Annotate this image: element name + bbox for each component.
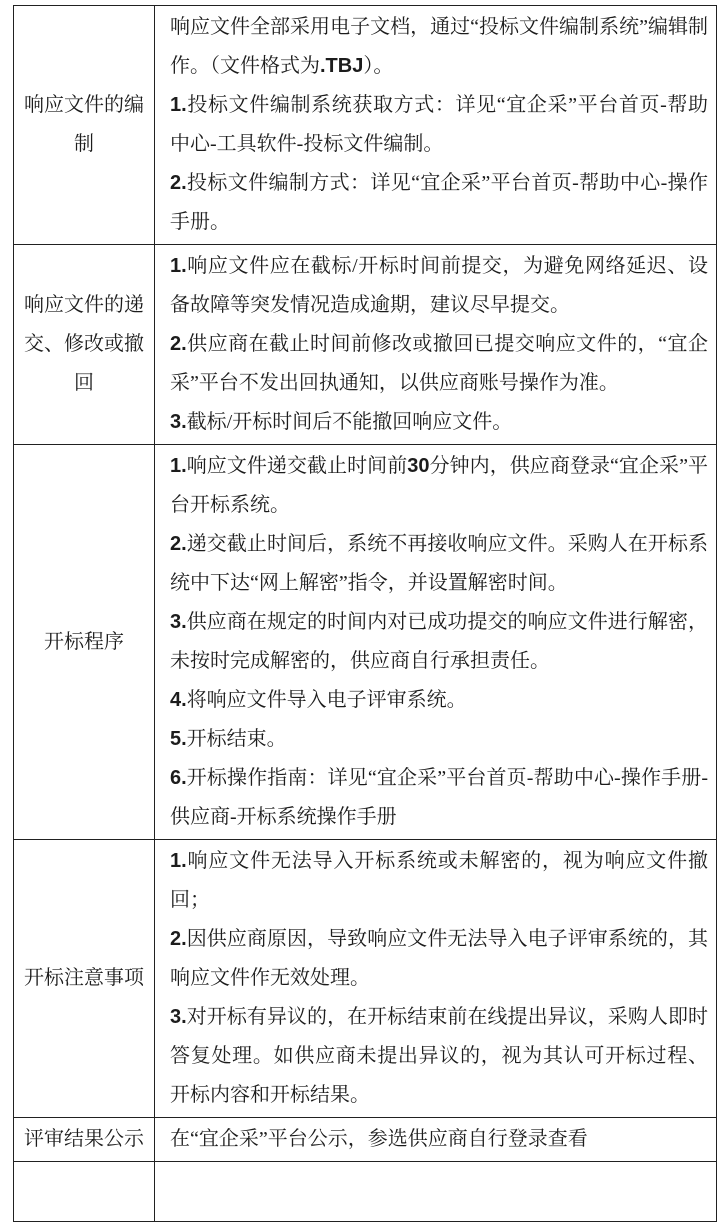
text-segment: 供应商在规定的时间内对已成功提交的响应文件进行解密，未按时完成解密的，供应商自行… <box>170 611 708 672</box>
table-row: 响应文件的编制响应文件全部采用电子文档，通过“投标文件编制系统”编辑制作。（文件… <box>14 6 717 245</box>
text-segment: ）。 <box>363 55 393 77</box>
paragraph: 3.对开标有异议的，在开标结束前在线提出异议，采购人即时答复处理。如供应商未提出… <box>170 998 708 1100</box>
text-segment: .TBJ <box>320 55 363 77</box>
text-segment: 30 <box>407 455 429 477</box>
row-header: 开标注意事项 <box>14 840 155 1101</box>
row-header: 响应文件的编制 <box>14 6 155 245</box>
paragraph: 1.投标文件编制系统获取方式：详见“宜企采”平台首页-帮助中心-工具软件-投标文… <box>170 86 708 164</box>
text-segment: 1. <box>170 455 187 477</box>
text-segment: 因供应商原因，导致响应文件无法导入电子评审系统的，其响应文件作无效处理。 <box>170 928 708 989</box>
text-segment: 将响应文件导入电子评审系统。 <box>187 689 467 711</box>
text-segment: 2. <box>170 533 187 555</box>
text-segment: 3. <box>170 411 187 433</box>
bidding-procedure-table: 响应文件的编制响应文件全部采用电子文档，通过“投标文件编制系统”编辑制作。（文件… <box>13 5 717 1100</box>
text-segment: 1. <box>170 255 187 277</box>
text-segment: 供应商在截止时间前修改或撤回已提交响应文件的，“宜企采”平台不发出回执通知，以供… <box>170 333 708 394</box>
text-segment: 2. <box>170 928 187 950</box>
paragraph: 3.截标/开标时间后不能撤回响应文件。 <box>170 403 708 442</box>
paragraph: 3.供应商在规定的时间内对已成功提交的响应文件进行解密，未按时完成解密的，供应商… <box>170 603 708 681</box>
document-page: 响应文件的编制响应文件全部采用电子文档，通过“投标文件编制系统”编辑制作。（文件… <box>13 5 726 1100</box>
text-segment: 投标文件编制方式：详见“宜企采”平台首页-帮助中心-操作手册。 <box>170 172 708 233</box>
text-segment: 3. <box>170 611 187 633</box>
text-segment: 响应文件无法导入开标系统或未解密的，视为响应文件撤回； <box>170 850 708 911</box>
row-content: 1.响应文件递交截止时间前30分钟内，供应商登录“宜企采”平台开标系统。2.递交… <box>155 445 717 840</box>
text-segment: 截标/开标时间后不能撤回响应文件。 <box>187 411 513 433</box>
text-segment: 对开标有异议的，在开标结束前在线提出异议，采购人即时答复处理。如供应商未提出异议… <box>170 1006 708 1100</box>
text-segment: 开标结束。 <box>187 728 287 750</box>
paragraph: 1.响应文件递交截止时间前30分钟内，供应商登录“宜企采”平台开标系统。 <box>170 447 708 525</box>
text-segment: 2. <box>170 333 187 355</box>
text-segment: 响应文件应在截标/开标时间前提交，为避免网络延迟、设备故障等突发情况造成逾期，建… <box>170 255 708 316</box>
row-content: 响应文件全部采用电子文档，通过“投标文件编制系统”编辑制作。（文件格式为.TBJ… <box>155 6 717 245</box>
text-segment: 1. <box>170 94 187 116</box>
paragraph: 5.开标结束。 <box>170 720 708 759</box>
table-row: 响应文件的递交、修改或撤回1.响应文件应在截标/开标时间前提交，为避免网络延迟、… <box>14 245 717 445</box>
text-segment: 开标操作指南：详见“宜企采”平台首页-帮助中心-操作手册-供应商-开标系统操作手… <box>170 767 708 828</box>
text-segment: 6. <box>170 767 187 789</box>
text-segment: 响应文件全部采用电子文档，通过“投标文件编制系统”编辑制作。（文件格式为 <box>170 16 708 77</box>
text-segment: 4. <box>170 689 187 711</box>
paragraph: 4.将响应文件导入电子评审系统。 <box>170 681 708 720</box>
paragraph: 1.响应文件应在截标/开标时间前提交，为避免网络延迟、设备故障等突发情况造成逾期… <box>170 247 708 325</box>
text-segment: 响应文件递交截止时间前 <box>187 455 408 477</box>
table-row: 开标注意事项1.响应文件无法导入开标系统或未解密的，视为响应文件撤回；2.因供应… <box>14 840 717 1101</box>
paragraph: 2.供应商在截止时间前修改或撤回已提交响应文件的，“宜企采”平台不发出回执通知，… <box>170 325 708 403</box>
paragraph: 2.递交截止时间后，系统不再接收响应文件。采购人在开标系统中下达“网上解密”指令… <box>170 525 708 603</box>
row-header: 响应文件的递交、修改或撤回 <box>14 245 155 445</box>
table-body: 响应文件的编制响应文件全部采用电子文档，通过“投标文件编制系统”编辑制作。（文件… <box>14 6 717 1101</box>
text-segment: 递交截止时间后，系统不再接收响应文件。采购人在开标系统中下达“网上解密”指令，并… <box>170 533 708 594</box>
table-row: 开标程序1.响应文件递交截止时间前30分钟内，供应商登录“宜企采”平台开标系统。… <box>14 445 717 840</box>
row-header: 开标程序 <box>14 445 155 840</box>
text-segment: 5. <box>170 728 187 750</box>
paragraph: 6.开标操作指南：详见“宜企采”平台首页-帮助中心-操作手册-供应商-开标系统操… <box>170 759 708 837</box>
row-content: 1.响应文件无法导入开标系统或未解密的，视为响应文件撤回；2.因供应商原因，导致… <box>155 840 717 1101</box>
text-segment: 2. <box>170 172 187 194</box>
paragraph: 2.投标文件编制方式：详见“宜企采”平台首页-帮助中心-操作手册。 <box>170 164 708 242</box>
paragraph: 响应文件全部采用电子文档，通过“投标文件编制系统”编辑制作。（文件格式为.TBJ… <box>170 8 708 86</box>
paragraph: 2.因供应商原因，导致响应文件无法导入电子评审系统的，其响应文件作无效处理。 <box>170 920 708 998</box>
text-segment: 投标文件编制系统获取方式：详见“宜企采”平台首页-帮助中心-工具软件-投标文件编… <box>170 94 708 155</box>
row-content: 1.响应文件应在截标/开标时间前提交，为避免网络延迟、设备故障等突发情况造成逾期… <box>155 245 717 445</box>
text-segment: 3. <box>170 1006 187 1028</box>
text-segment: 1. <box>170 850 187 872</box>
paragraph: 1.响应文件无法导入开标系统或未解密的，视为响应文件撤回； <box>170 842 708 920</box>
